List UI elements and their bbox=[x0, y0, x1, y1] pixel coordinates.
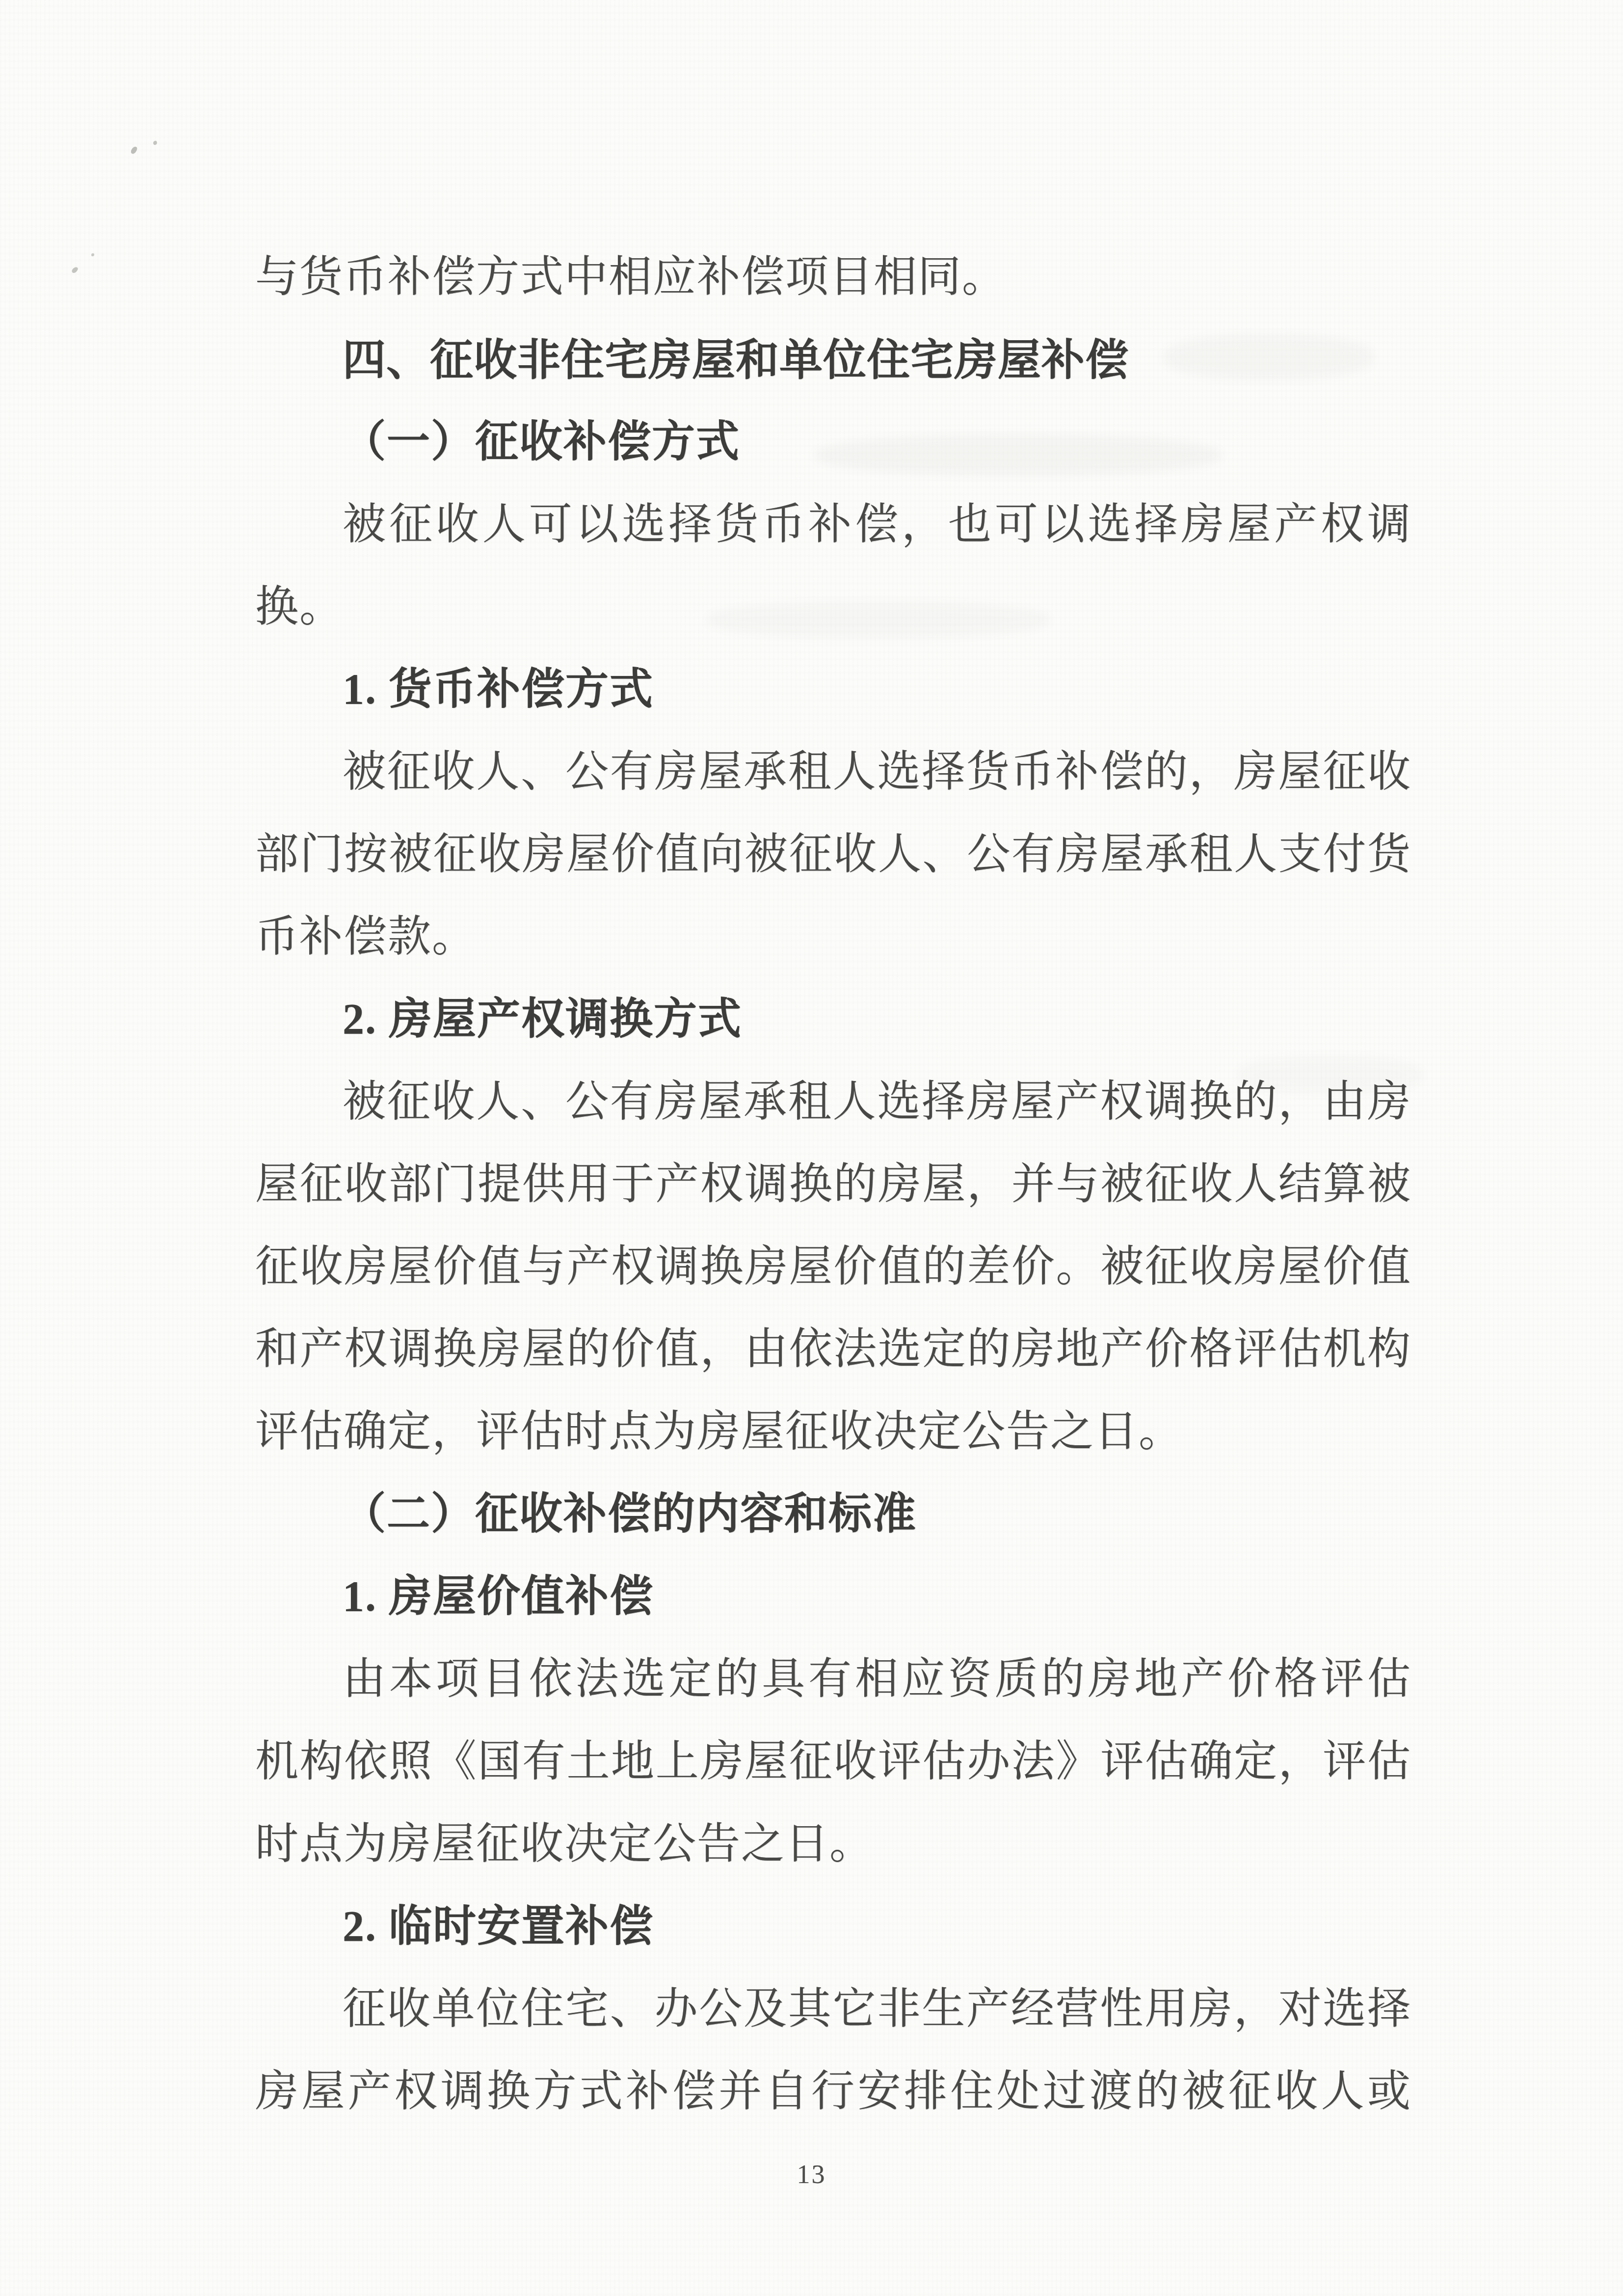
sub-heading-line: 2. 临时安置补偿 bbox=[255, 1886, 1411, 1968]
document-body: 与货币补偿方式中相应补偿项目相同。四、征收非住宅房屋和单位住宅房屋补偿（一）征收… bbox=[255, 236, 1411, 2133]
text-line-content: 被征收人、公有房屋承租人选择货币补偿的，房屋征收 bbox=[343, 748, 1411, 796]
sub-heading-line: （二）征收补偿的内容和标准 bbox=[255, 1473, 1411, 1556]
text-line-content: 与货币补偿方式中相应补偿项目相同。 bbox=[255, 253, 1006, 301]
text-line-content: 征收单位住宅、办公及其它非生产经营性用房，对选择 bbox=[343, 1985, 1411, 2033]
text-line-content: （二）征收补偿的内容和标准 bbox=[343, 1490, 917, 1538]
text-line-content: 1. 房屋价值补偿 bbox=[343, 1573, 654, 1621]
sub-heading-line: 1. 房屋价值补偿 bbox=[255, 1556, 1411, 1638]
scan-dust-speck bbox=[71, 266, 79, 274]
text-line-content: 换。 bbox=[255, 583, 344, 631]
text-line-content: 部门按被征收房屋价值向被征收人、公有房屋承租人支付货 bbox=[255, 831, 1411, 878]
body-line: 征收房屋价值与产权调换房屋价值的差价。被征收房屋价值 bbox=[255, 1226, 1411, 1308]
body-line: 和产权调换房屋的价值，由依法选定的房地产价格评估机构 bbox=[255, 1308, 1411, 1391]
body-line: 被征收人可以选择货币补偿，也可以选择房屋产权调 bbox=[255, 484, 1411, 566]
page-number: 13 bbox=[0, 2159, 1623, 2189]
sub-heading-line: （一）征收补偿方式 bbox=[255, 401, 1411, 484]
body-line: 时点为房屋征收决定公告之日。 bbox=[255, 1803, 1411, 1886]
text-line-content: 评估确定，评估时点为房屋征收决定公告之日。 bbox=[255, 1408, 1183, 1456]
sub-heading-line: 1. 货币补偿方式 bbox=[255, 648, 1411, 731]
body-line: 与货币补偿方式中相应补偿项目相同。 bbox=[255, 236, 1411, 319]
scan-dust-speck bbox=[153, 140, 158, 145]
text-line-content: 机构依照《国有土地上房屋征收评估办法》评估确定，评估 bbox=[255, 1738, 1411, 1785]
text-line-content: 征收房屋价值与产权调换房屋价值的差价。被征收房屋价值 bbox=[255, 1243, 1411, 1291]
body-line: 征收单位住宅、办公及其它非生产经营性用房，对选择 bbox=[255, 1968, 1411, 2051]
text-line-content: 被征收人、公有房屋承租人选择房屋产权调换的，由房 bbox=[343, 1078, 1411, 1126]
body-line: 房屋产权调换方式补偿并自行安排住处过渡的被征收人或 bbox=[255, 2051, 1411, 2133]
scan-dust-speck bbox=[130, 146, 138, 155]
body-line: 评估确定，评估时点为房屋征收决定公告之日。 bbox=[255, 1391, 1411, 1473]
body-line: 被征收人、公有房屋承租人选择房屋产权调换的，由房 bbox=[255, 1061, 1411, 1143]
text-line-content: 币补偿款。 bbox=[255, 913, 476, 961]
text-line-content: 1. 货币补偿方式 bbox=[343, 666, 654, 713]
text-line-content: 屋征收部门提供用于产权调换的房屋，并与被征收人结算被 bbox=[255, 1161, 1411, 1208]
text-line-content: 被征收人可以选择货币补偿，也可以选择房屋产权调 bbox=[343, 501, 1411, 548]
scanned-document-page: { "page": { "number": "13", "colors": { … bbox=[0, 0, 1623, 2296]
text-line-content: 由本项目依法选定的具有相应资质的房地产价格评估 bbox=[343, 1655, 1411, 1703]
text-line-content: 2. 临时安置补偿 bbox=[343, 1903, 654, 1950]
text-line-content: 时点为房屋征收决定公告之日。 bbox=[255, 1820, 874, 1868]
text-line-content: 和产权调换房屋的价值，由依法选定的房地产价格评估机构 bbox=[255, 1325, 1411, 1373]
scan-dust-speck bbox=[91, 253, 94, 256]
body-line: 被征收人、公有房屋承租人选择货币补偿的，房屋征收 bbox=[255, 731, 1411, 813]
text-line-content: 四、征收非住宅房屋和单位住宅房屋补偿 bbox=[343, 335, 1129, 384]
text-line-content: 2. 房屋产权调换方式 bbox=[343, 996, 742, 1043]
body-line: 机构依照《国有土地上房屋征收评估办法》评估确定，评估 bbox=[255, 1721, 1411, 1803]
body-line: 由本项目依法选定的具有相应资质的房地产价格评估 bbox=[255, 1638, 1411, 1721]
body-line: 换。 bbox=[255, 566, 1411, 648]
body-line: 币补偿款。 bbox=[255, 896, 1411, 978]
section-heading-line: 四、征收非住宅房屋和单位住宅房屋补偿 bbox=[255, 319, 1411, 401]
body-line: 屋征收部门提供用于产权调换的房屋，并与被征收人结算被 bbox=[255, 1143, 1411, 1226]
text-line-content: 房屋产权调换方式补偿并自行安排住处过渡的被征收人或 bbox=[255, 2068, 1411, 2115]
sub-heading-line: 2. 房屋产权调换方式 bbox=[255, 978, 1411, 1061]
text-line-content: （一）征收补偿方式 bbox=[343, 418, 740, 466]
body-line: 部门按被征收房屋价值向被征收人、公有房屋承租人支付货 bbox=[255, 813, 1411, 896]
